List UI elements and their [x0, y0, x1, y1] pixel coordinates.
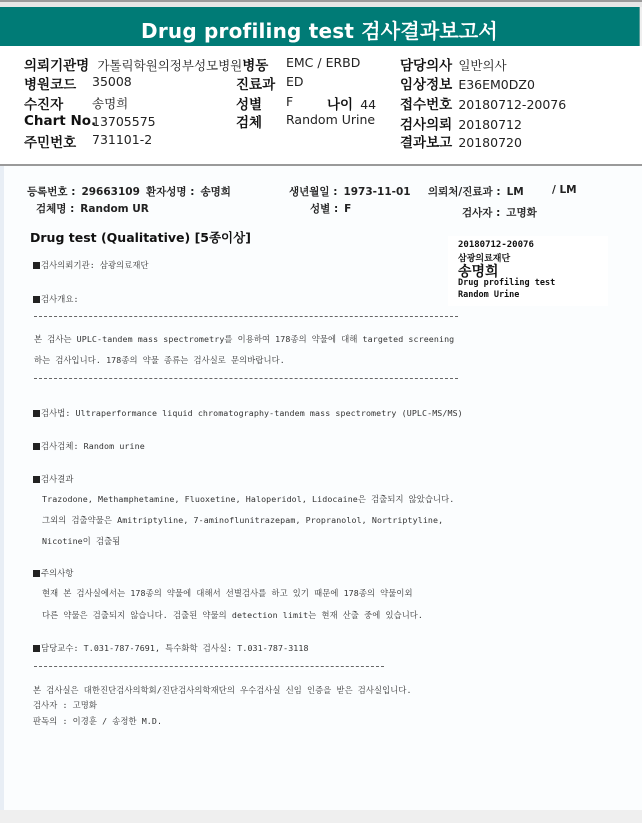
results-text-3: Nicotine이 검출됨: [42, 535, 120, 547]
doc-referral: 의뢰처/진료과 :LM: [428, 184, 524, 199]
sticker-test: Drug profiling test: [458, 278, 555, 288]
institution-field: 의뢰기관명 가톨릭학원의정부성모병원병동: [24, 54, 268, 74]
chart-no-value: 13705575: [92, 114, 156, 129]
notes-heading: 주의사항: [33, 567, 73, 579]
request-date-field: 검사의뢰 20180712: [400, 113, 522, 133]
specimen-sticker: 20180712-20076 삼광의료재단 송명희 Drug profiling…: [448, 236, 608, 306]
resident-no-label: 주민번호: [24, 131, 76, 151]
reader-line: 판독의 : 이경훈 / 송정한 M.D.: [33, 715, 162, 727]
sticker-specimen: Random Urine: [458, 290, 519, 300]
chart-no-label: Chart No.: [24, 113, 96, 129]
info-bottom-spacer: [0, 151, 642, 164]
doc-specimen-name-value: Random UR: [80, 203, 149, 215]
notes-text-2: 다른 약물은 검출되지 않습니다. 검출된 약물의 detection limi…: [42, 609, 423, 621]
specimen-label: 검체: [236, 111, 262, 131]
department-value: ED: [286, 74, 304, 89]
overview-text-2: 하는 검사입니다. 178종의 약물 종류는 검사실로 문의바랍니다.: [34, 354, 285, 366]
patient-info-panel: 의뢰기관명 가톨릭학원의정부성모병원병동 EMC / ERBD 담당의사 일반의…: [0, 46, 642, 151]
doc-birth-date: 생년월일 :1973-11-01: [289, 184, 411, 199]
recipient-value: 송명희: [92, 94, 128, 112]
results-heading: 검사결과: [33, 473, 73, 485]
results-label: 검사결과: [41, 474, 73, 484]
sex-value: F: [286, 94, 293, 109]
doc-patient-name-label: 환자성명 :: [146, 186, 194, 198]
lab-institution-line: 검사의뢰기관: 삼광의료재단: [33, 259, 149, 271]
doc-reg-no-value: 29663109: [81, 186, 139, 198]
report-date-value: 20180720: [458, 135, 522, 150]
specimen-line: 검사검체: Random urine: [33, 440, 145, 452]
examiner-line: 검사자 : 고명화: [33, 699, 97, 711]
hospital-code-value: 35008: [92, 74, 132, 89]
doc-patient-name: 환자성명 :송명희: [146, 184, 231, 199]
doc-sex: 성별 :F: [310, 201, 351, 216]
doc-birth-date-value: 1973-11-01: [343, 186, 410, 198]
contact-line: 담당교수: T.031-787-7691, 특수화학 검사실: T.031-78…: [33, 642, 309, 654]
dashed-divider: [34, 316, 458, 317]
bullet-square-icon: [33, 410, 40, 417]
method-text: 검사법: Ultraperformance liquid chromatogra…: [41, 408, 463, 418]
institution-value: 가톨릭학원의정부성모병원: [97, 58, 242, 73]
report-header-band: Drug profiling test 검사결과보고서: [0, 7, 640, 46]
institution-label: 의뢰기관명: [24, 58, 89, 74]
report-title: Drug profiling test 검사결과보고서: [0, 15, 639, 44]
doc-referral-value: LM: [507, 186, 524, 198]
contact-text: 담당교수: T.031-787-7691, 특수화학 검사실: T.031-78…: [41, 643, 309, 653]
drug-test-title: Drug test (Qualitative) [5종이상]: [30, 228, 251, 246]
dashed-divider: [34, 378, 458, 379]
department-label: 진료과: [236, 73, 275, 93]
doctor-field: 담당의사 일반의사: [400, 54, 507, 74]
request-date-value: 20180712: [458, 117, 522, 132]
results-text-2: 그외의 검출약물은 Amitriptyline, 7-aminoflunitra…: [42, 514, 443, 526]
overview-label: 검사개요:: [41, 294, 79, 304]
doc-reg-no: 등록번호 :29663109: [27, 184, 140, 199]
specimen-value: Random Urine: [286, 112, 375, 127]
receipt-no-value: 20180712-20076: [458, 97, 566, 112]
sticker-receipt-no: 20180712-20076: [458, 240, 534, 250]
doc-examiner-value: 고명화: [506, 207, 536, 219]
report-date-label: 결과보고: [400, 135, 452, 151]
overview-text-1: 본 검사는 UPLC-tandem mass spectrometry를 이용하…: [34, 333, 454, 345]
doc-birth-date-label: 생년월일 :: [289, 186, 337, 198]
recipient-label: 수진자: [24, 93, 63, 113]
bullet-square-icon: [33, 443, 40, 450]
overview-line: 검사개요:: [33, 293, 79, 305]
doc-sex-value: F: [344, 203, 351, 215]
notes-text-1: 현재 본 검사실에서는 178종의 약물에 대해서 선별검사를 하고 있기 때문…: [42, 587, 413, 599]
doctor-label: 담당의사: [400, 58, 452, 74]
bullet-square-icon: [33, 570, 40, 577]
hospital-code-label: 병원코드: [24, 73, 76, 93]
ward-label: 병동: [242, 58, 268, 74]
specimen-text: 검사검체: Random urine: [41, 441, 145, 451]
resident-no-value: 731101-2: [92, 132, 152, 147]
doc-examiner-label: 검사자 :: [462, 207, 500, 219]
window-top-edge: [0, 0, 642, 7]
doc-referral-label: 의뢰처/진료과 :: [428, 186, 501, 198]
age-field: 나이 44: [327, 93, 376, 113]
clinical-info-label: 임상정보: [400, 77, 452, 93]
ward-value: EMC / ERBD: [286, 55, 360, 70]
dashed-divider: [34, 666, 384, 667]
doctor-value: 일반의사: [458, 58, 506, 73]
receipt-no-label: 접수번호: [400, 97, 452, 113]
page-bottom-margin: [0, 810, 642, 823]
results-text-1: Trazodone, Methamphetamine, Fluoxetine, …: [42, 493, 454, 505]
age-value: 44: [360, 97, 376, 112]
doc-reg-no-label: 등록번호 :: [27, 186, 75, 198]
bullet-square-icon: [33, 645, 40, 652]
notes-label: 주의사항: [41, 568, 73, 578]
certification-text: 본 검사실은 대한진단검사의학회/진단검사의학재단의 우수검사실 신임 인증을 …: [33, 684, 412, 696]
doc-specimen-name: 검체명 :Random UR: [36, 201, 149, 216]
age-label: 나이: [327, 97, 353, 113]
doc-examiner: 검사자 :고명화: [462, 205, 537, 220]
report-date-field: 결과보고 20180720: [400, 131, 522, 151]
receipt-no-field: 접수번호 20180712-20076: [400, 93, 566, 113]
clinical-info-value: E36EM0DZ0: [458, 77, 535, 92]
bullet-square-icon: [33, 262, 40, 269]
method-line: 검사법: Ultraperformance liquid chromatogra…: [33, 407, 463, 419]
doc-sex-label: 성별 :: [310, 203, 338, 215]
doc-patient-name-value: 송명희: [200, 186, 230, 198]
sex-label: 성별: [236, 93, 262, 113]
bullet-square-icon: [33, 296, 40, 303]
clinical-info-field: 임상정보 E36EM0DZ0: [400, 73, 535, 93]
bullet-square-icon: [33, 476, 40, 483]
doc-referral-value-2: / LM: [552, 184, 577, 196]
lab-institution-text: 검사의뢰기관: 삼광의료재단: [41, 260, 149, 270]
doc-specimen-name-label: 검체명 :: [36, 203, 74, 215]
